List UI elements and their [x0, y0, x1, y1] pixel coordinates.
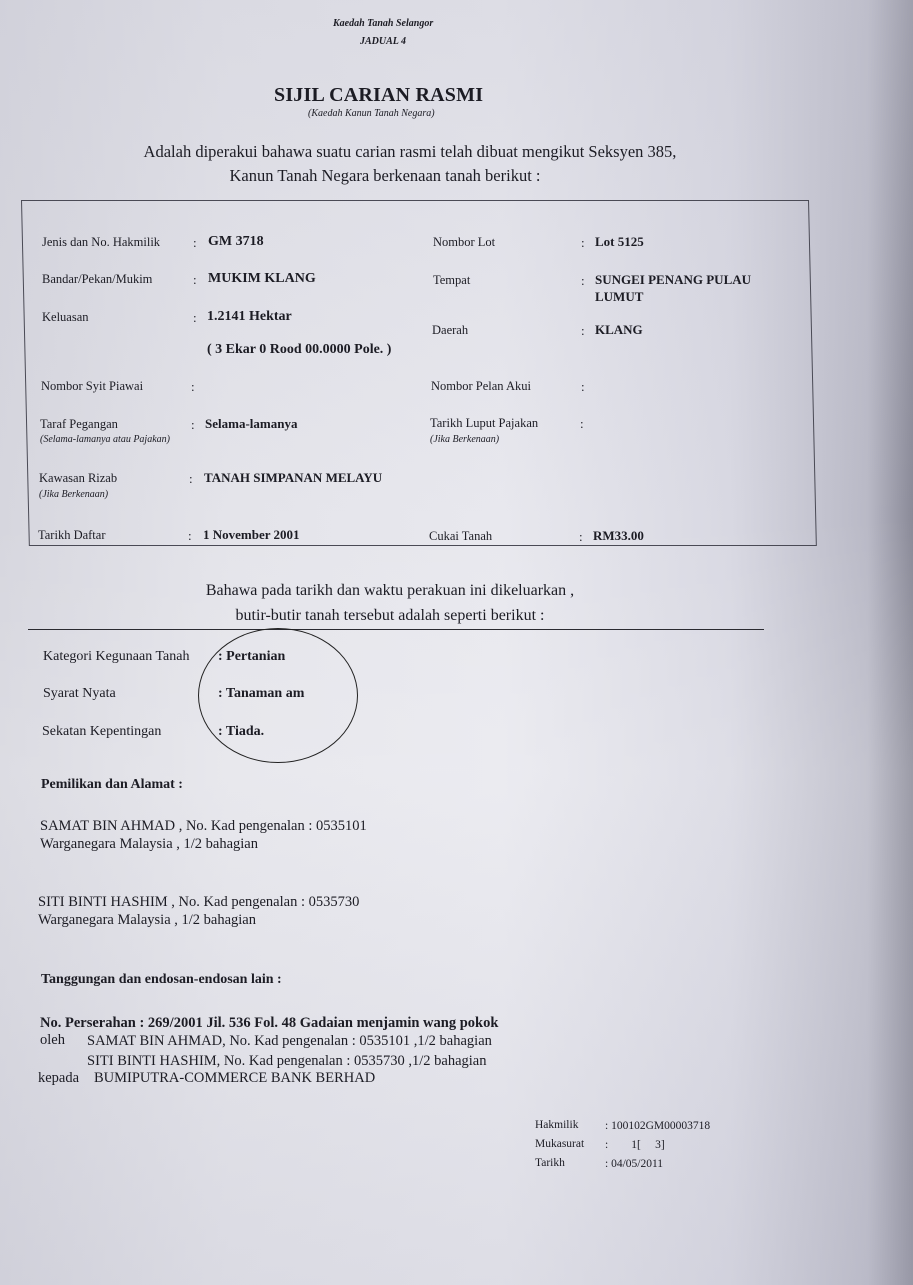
field-value-tenure: Selama-lamanya [205, 416, 297, 432]
paper-shading [0, 0, 913, 1285]
footer-page-label: Mukasurat [535, 1138, 584, 1150]
owner-1-line-2: Warganegara Malaysia , 1/2 bahagian [40, 836, 258, 853]
condition-label-restriction: Sekatan Kepentingan [42, 724, 161, 740]
colon: : [581, 379, 585, 395]
to-label: kepada [38, 1070, 79, 1087]
owner-2-line-1: SITI BINTI HASHIM , No. Kad pengenalan :… [38, 894, 359, 911]
field-note-lease-expiry: (Jika Berkenaan) [430, 434, 499, 445]
colon: : [581, 273, 585, 289]
document-title: SIJIL CARIAN RASMI [274, 84, 483, 107]
field-label-standard-sheet: Nombor Syit Piawai [41, 379, 143, 394]
field-value-place-line2: LUMUT [595, 289, 643, 305]
statement-line-2: butir-butir tanah tersebut adalah sepert… [0, 603, 800, 628]
field-value-reserve-area: TANAH SIMPANAN MELAYU [204, 470, 382, 486]
owner-1-line-1: SAMAT BIN AHMAD , No. Kad pengenalan : 0… [40, 818, 367, 835]
field-label-lease-expiry: Tarikh Luput Pajakan [430, 416, 538, 431]
by-label: oleh [40, 1032, 65, 1049]
colon: : [193, 272, 197, 288]
colon: : [188, 528, 192, 544]
colon: : [581, 323, 585, 339]
owner-2-line-2: Warganegara Malaysia , 1/2 bahagian [38, 912, 256, 929]
field-label-title-no: Jenis dan No. Hakmilik [42, 235, 160, 250]
ownership-heading: Pemilikan dan Alamat : [41, 777, 183, 793]
field-label-place: Tempat [433, 273, 470, 288]
field-label-tenure: Taraf Pegangan [40, 417, 118, 432]
condition-value-express-condition: : Tanaman am [218, 686, 304, 702]
footer-date-value: : 04/05/2011 [605, 1158, 663, 1170]
footer-page-value: : 1[ 3] [605, 1139, 665, 1151]
colon: : [580, 416, 584, 432]
condition-value-land-use: : Pertanian [218, 649, 285, 665]
field-value-land-tax: RM33.00 [593, 528, 644, 544]
schedule-label: JADUAL 4 [360, 36, 406, 47]
colon: : [191, 417, 195, 433]
statement-line-1: Bahawa pada tarikh dan waktu perakuan in… [0, 578, 800, 603]
encumbrances-heading: Tanggungan dan endosan-endosan lain : [41, 972, 282, 988]
presentation-number: No. Perserahan : 269/2001 Jil. 536 Fol. … [40, 1015, 498, 1032]
colon: : [193, 310, 197, 326]
field-label-area: Keluasan [42, 310, 89, 325]
field-label-mukim: Bandar/Pekan/Mukim [42, 272, 152, 287]
chargor-2: SITI BINTI HASHIM, No. Kad pengenalan : … [87, 1053, 486, 1070]
field-label-reserve-area: Kawasan Rizab [39, 471, 117, 486]
field-label-certified-plan: Nombor Pelan Akui [431, 379, 531, 394]
divider-line [28, 629, 764, 630]
field-label-registration-date: Tarikh Daftar [38, 528, 106, 543]
colon: : [189, 471, 193, 487]
field-value-registration-date: 1 November 2001 [203, 527, 300, 543]
condition-label-express-condition: Syarat Nyata [43, 686, 116, 702]
field-value-title-no: GM 3718 [208, 234, 264, 250]
chargee: BUMIPUTRA-COMMERCE BANK BERHAD [94, 1070, 375, 1087]
field-value-lot-number: Lot 5125 [595, 234, 644, 250]
condition-value-restriction: : Tiada. [218, 724, 264, 740]
field-value-mukim: MUKIM KLANG [208, 271, 316, 287]
field-note-reserve-area: (Jika Berkenaan) [39, 489, 108, 500]
field-value-district: KLANG [595, 322, 643, 338]
intro-line-2: Kanun Tanah Negara berkenaan tanah berik… [0, 164, 795, 188]
footer-date-label: Tarikh [535, 1157, 565, 1169]
field-value-area: 1.2141 Hektar [207, 309, 292, 325]
field-value-place: SUNGEI PENANG PULAU [595, 272, 751, 288]
colon: : [581, 235, 585, 251]
field-label-lot-number: Nombor Lot [433, 235, 495, 250]
footer-title-label: Hakmilik [535, 1119, 578, 1131]
condition-label-land-use: Kategori Kegunaan Tanah [43, 649, 189, 665]
document-subtitle: (Kaedah Kanun Tanah Negara) [308, 108, 435, 119]
colon: : [193, 235, 197, 251]
field-value-area-imperial: ( 3 Ekar 0 Rood 00.0000 Pole. ) [207, 342, 391, 358]
intro-line-1: Adalah diperakui bahawa suatu carian ras… [0, 140, 820, 164]
field-label-land-tax: Cukai Tanah [429, 529, 492, 544]
footer-title-value: : 100102GM00003718 [605, 1120, 710, 1132]
colon: : [579, 529, 583, 545]
regulation-label: Kaedah Tanah Selangor [333, 18, 433, 29]
chargor-1: SAMAT BIN AHMAD, No. Kad pengenalan : 05… [87, 1033, 492, 1050]
colon: : [191, 379, 195, 395]
land-details-box [21, 200, 817, 546]
field-note-tenure: (Selama-lamanya atau Pajakan) [40, 434, 170, 445]
field-label-district: Daerah [432, 323, 468, 338]
